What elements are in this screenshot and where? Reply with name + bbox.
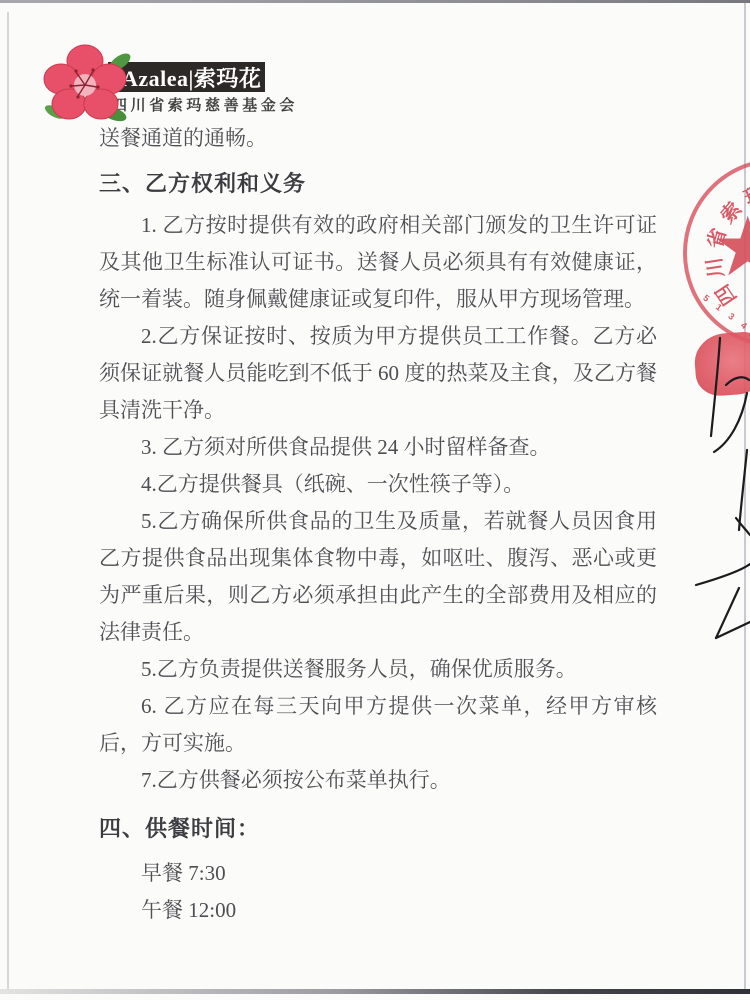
section-heading-3: 三、乙方权利和义务 <box>99 165 657 202</box>
contract-item-3: 3. 乙方须对所供食品提供 24 小时留样备查。 <box>99 429 657 466</box>
seal-star-icon: ★ <box>711 203 750 293</box>
intro-line: 送餐通道的通畅。 <box>99 120 657 157</box>
scan-edge-top <box>0 0 750 3</box>
scan-edge-left <box>7 12 9 989</box>
section-heading-4: 四、供餐时间： <box>99 810 657 847</box>
contract-item-5b: 5.乙方负责提供送餐服务人员，确保优质服务。 <box>99 651 657 688</box>
letterhead-logo: Azalea|索玛花 四川省索玛慈善基金会 <box>38 40 338 120</box>
logo-tagline: 四川省索玛慈善基金会 <box>112 94 298 115</box>
contract-item-4: 4.乙方提供餐具（纸碗、一次性筷子等）。 <box>99 466 657 503</box>
azalea-flower-icon <box>38 42 134 126</box>
lunch-time: 午餐 12:00 <box>99 892 657 929</box>
scanned-contract-page: { "logo": { "brand": "Azalea|索玛花", "tagl… <box>0 0 750 1000</box>
contract-item-2: 2.乙方保证按时、按质为甲方提供员工工作餐。乙方必须保证就餐人员能吃到不低于 6… <box>99 318 657 429</box>
contract-item-5: 5.乙方确保所供食品的卫生及质量，若就餐人员因食用乙方提供食品出现集体食物中毒，… <box>99 503 657 651</box>
handwritten-signature <box>650 330 750 670</box>
contract-item-6: 6. 乙方应在每三天向甲方提供一次菜单，经甲方审核后，方可实施。 <box>99 688 657 762</box>
contract-item-7: 7.乙方供餐必须按公布菜单执行。 <box>99 762 657 799</box>
contract-item-1: 1. 乙方按时提供有效的政府相关部门颁发的卫生许可证及其他卫生标准认可证书。送餐… <box>99 207 657 318</box>
scan-edge-bottom <box>0 989 750 994</box>
contract-body: 送餐通道的通畅。 三、乙方权利和义务 1. 乙方按时提供有效的政府相关部门颁发的… <box>99 120 657 929</box>
logo-brand-text: Azalea|索玛花 <box>122 62 261 93</box>
breakfast-time: 早餐 7:30 <box>99 855 657 892</box>
